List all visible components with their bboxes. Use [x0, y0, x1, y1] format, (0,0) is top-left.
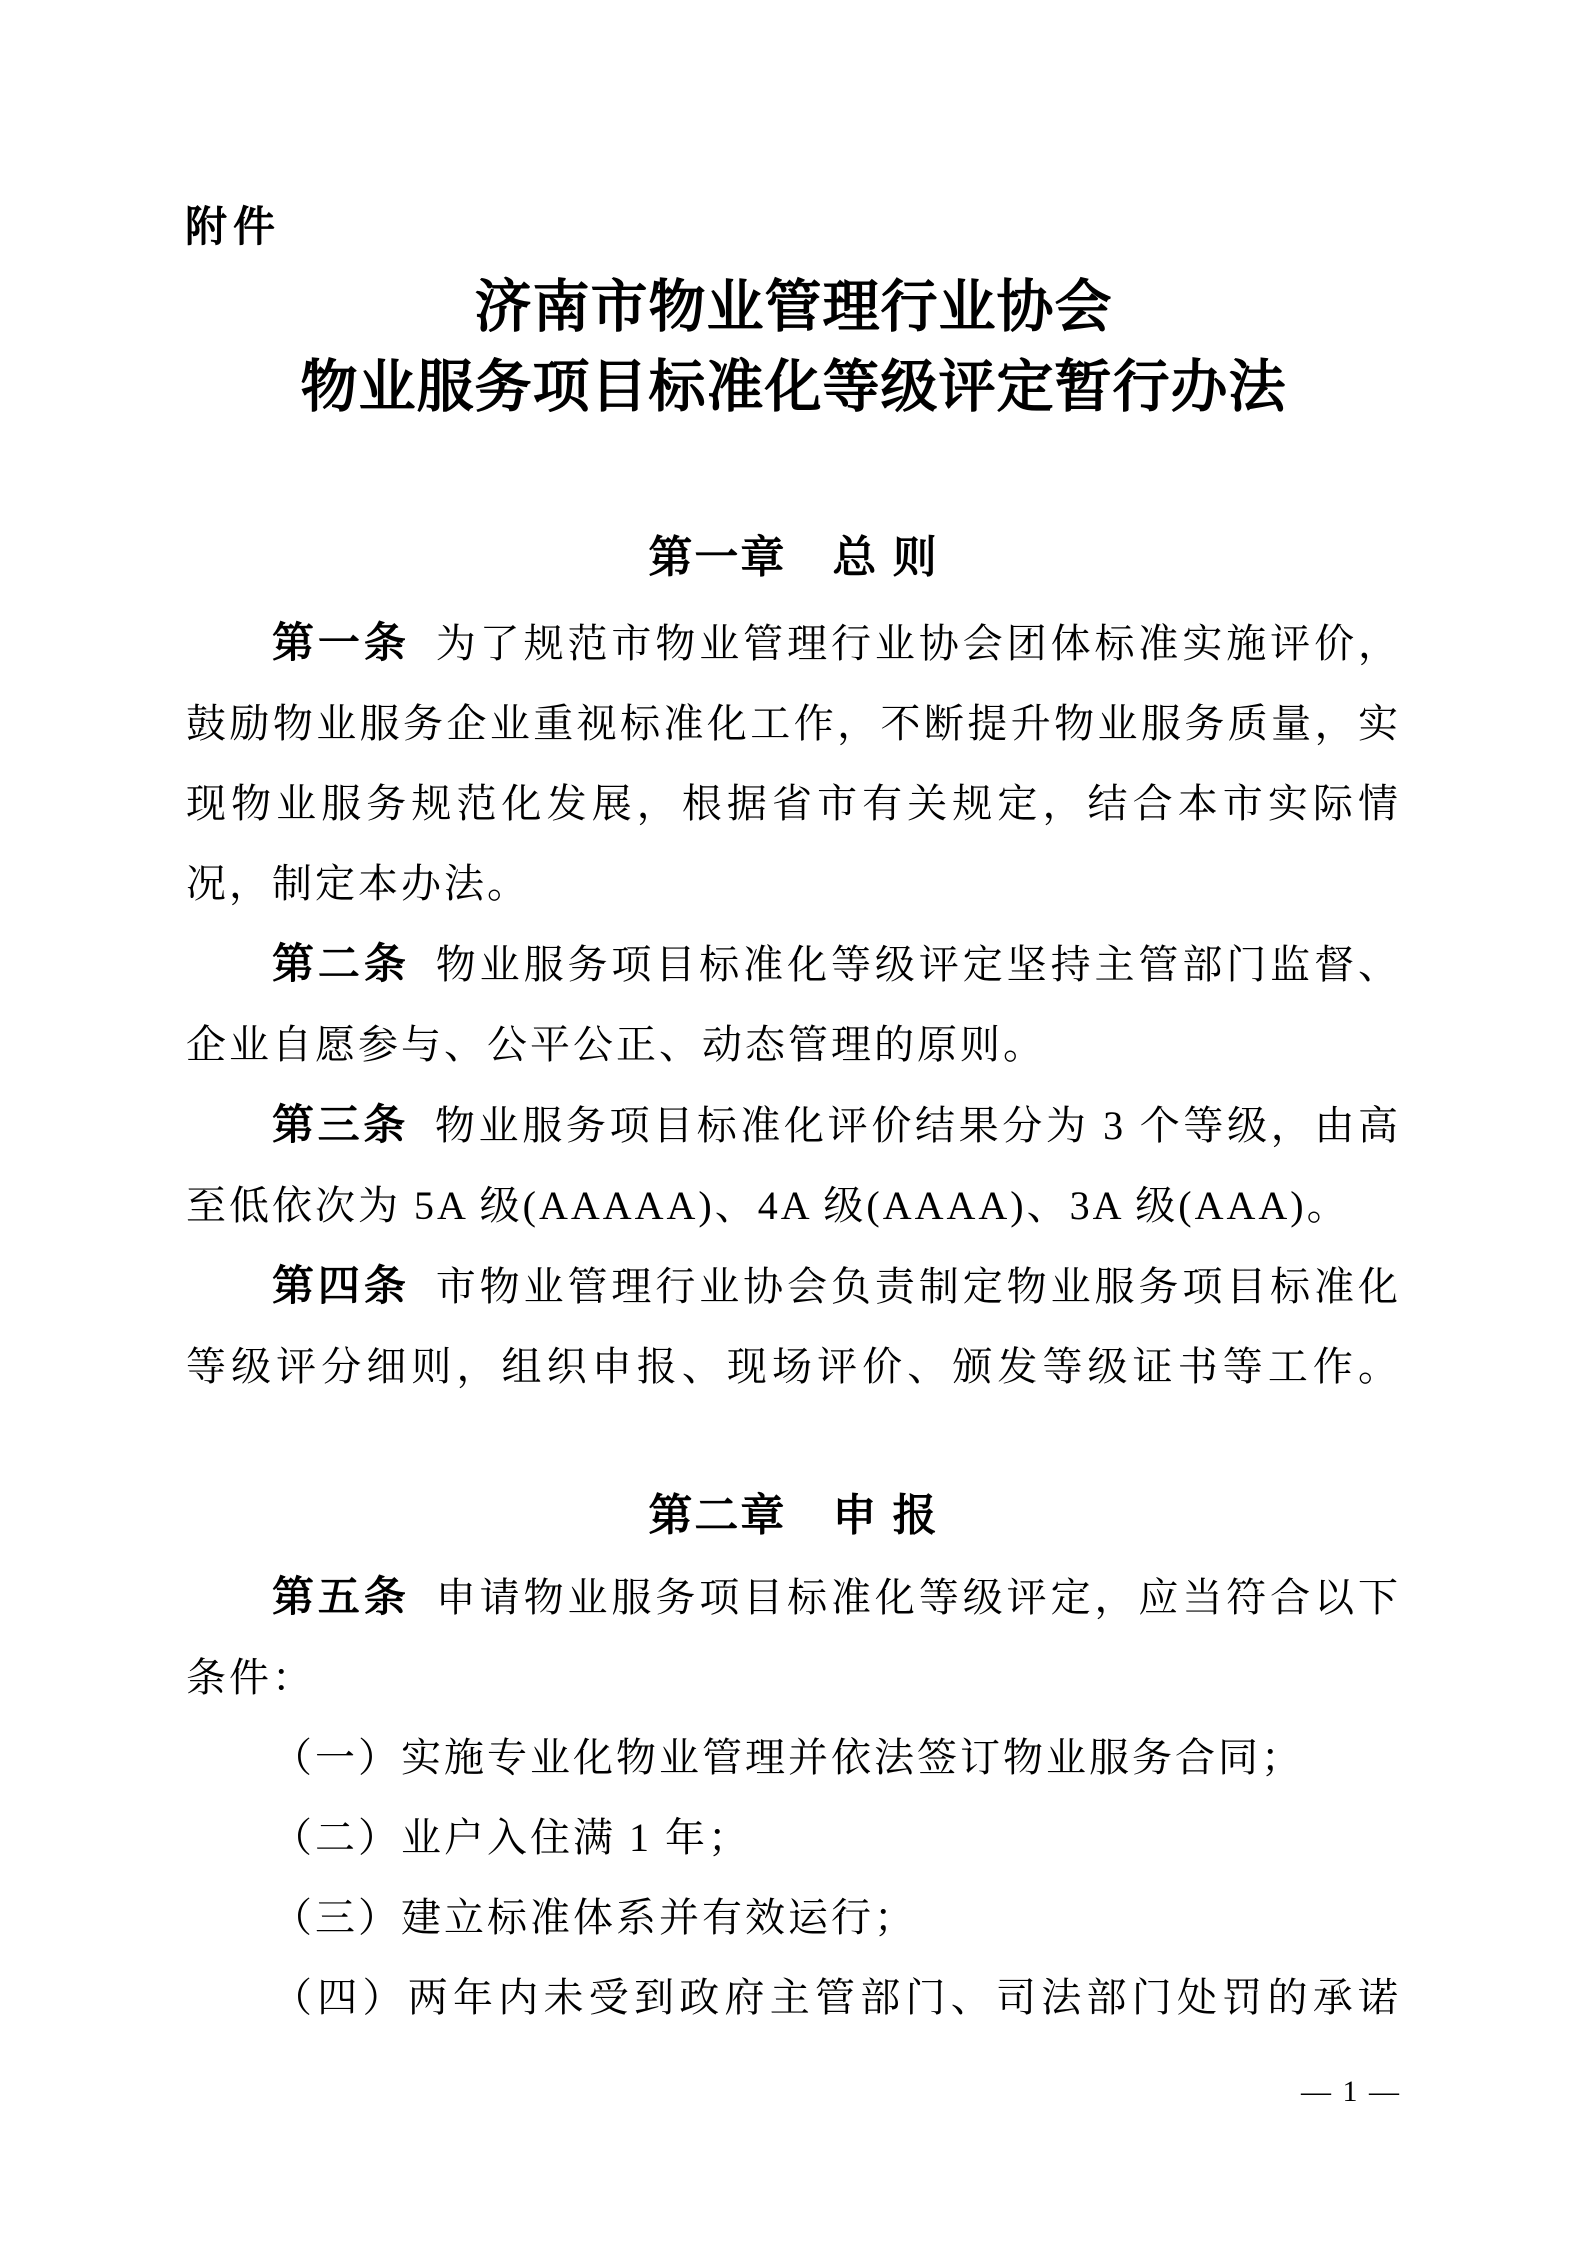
text-line: 第五条申请物业服务项目标准化等级评定，应当符合以下	[186, 1557, 1401, 1638]
line-text: 申请物业服务项目标准化等级评定，应当符合以下	[436, 1575, 1401, 1620]
line-text: 物业服务项目标准化等级评定坚持主管部门监督、	[436, 942, 1401, 987]
text-line: 至低依次为 5A 级(AAAAA)、4A 级(AAAA)、3A 级(AAA)。	[186, 1166, 1401, 1246]
attachment-label: 附件	[185, 203, 281, 253]
chapter-1-body: 第一条为了规范市物业管理行业协会团体标准实施评价， 鼓励物业服务企业重视标准化工…	[186, 603, 1401, 1407]
chapter-2-heading: 第二章 申 报	[0, 1476, 1587, 1556]
text-line: 现物业服务规范化发展，根据省市有关规定，结合本市实际情	[186, 764, 1401, 844]
article-number: 第二条	[272, 940, 410, 987]
chapter-1-heading: 第一章 总 则	[0, 518, 1587, 598]
document-page: 附件 济南市物业管理行业协会 物业服务项目标准化等级评定暂行办法 第一章 总 则…	[0, 0, 1587, 2245]
text-line: （四）两年内未受到政府主管部门、司法部门处罚的承诺	[186, 1958, 1401, 2038]
document-title: 济南市物业管理行业协会 物业服务项目标准化等级评定暂行办法	[0, 268, 1587, 428]
line-text: 物业服务项目标准化评价结果分为 3 个等级，由高	[435, 1103, 1401, 1148]
text-line: 企业自愿参与、公平公正、动态管理的原则。	[186, 1005, 1401, 1085]
article-number: 第三条	[272, 1101, 409, 1148]
article-number: 第一条	[272, 619, 410, 666]
chapter-2-body: 第五条申请物业服务项目标准化等级评定，应当符合以下 条件： （一）实施专业化物业…	[186, 1557, 1401, 2038]
text-line: 等级评分细则，组织申报、现场评价、颁发等级证书等工作。	[186, 1327, 1401, 1407]
line-text: 为了规范市物业管理行业协会团体标准实施评价，	[436, 621, 1401, 666]
page-number: — 1 —	[1301, 2072, 1401, 2112]
title-line-2: 物业服务项目标准化等级评定暂行办法	[0, 348, 1587, 428]
text-line: 第四条市物业管理行业协会负责制定物业服务项目标准化	[186, 1246, 1401, 1327]
text-line: （一）实施专业化物业管理并依法签订物业服务合同；	[186, 1718, 1401, 1798]
line-text: 市物业管理行业协会负责制定物业服务项目标准化	[436, 1264, 1401, 1309]
text-line: 鼓励物业服务企业重视标准化工作，不断提升物业服务质量，实	[186, 684, 1401, 764]
article-number: 第五条	[272, 1573, 410, 1620]
article-number: 第四条	[272, 1262, 410, 1309]
text-line: 第一条为了规范市物业管理行业协会团体标准实施评价，	[186, 603, 1401, 684]
text-line: 况，制定本办法。	[186, 844, 1401, 924]
text-line: 第二条物业服务项目标准化等级评定坚持主管部门监督、	[186, 924, 1401, 1005]
title-line-1: 济南市物业管理行业协会	[0, 268, 1587, 348]
text-line: 第三条物业服务项目标准化评价结果分为 3 个等级，由高	[186, 1085, 1401, 1166]
text-line: 条件：	[186, 1638, 1401, 1718]
text-line: （三）建立标准体系并有效运行；	[186, 1878, 1401, 1958]
text-line: （二）业户入住满 1 年；	[186, 1798, 1401, 1878]
